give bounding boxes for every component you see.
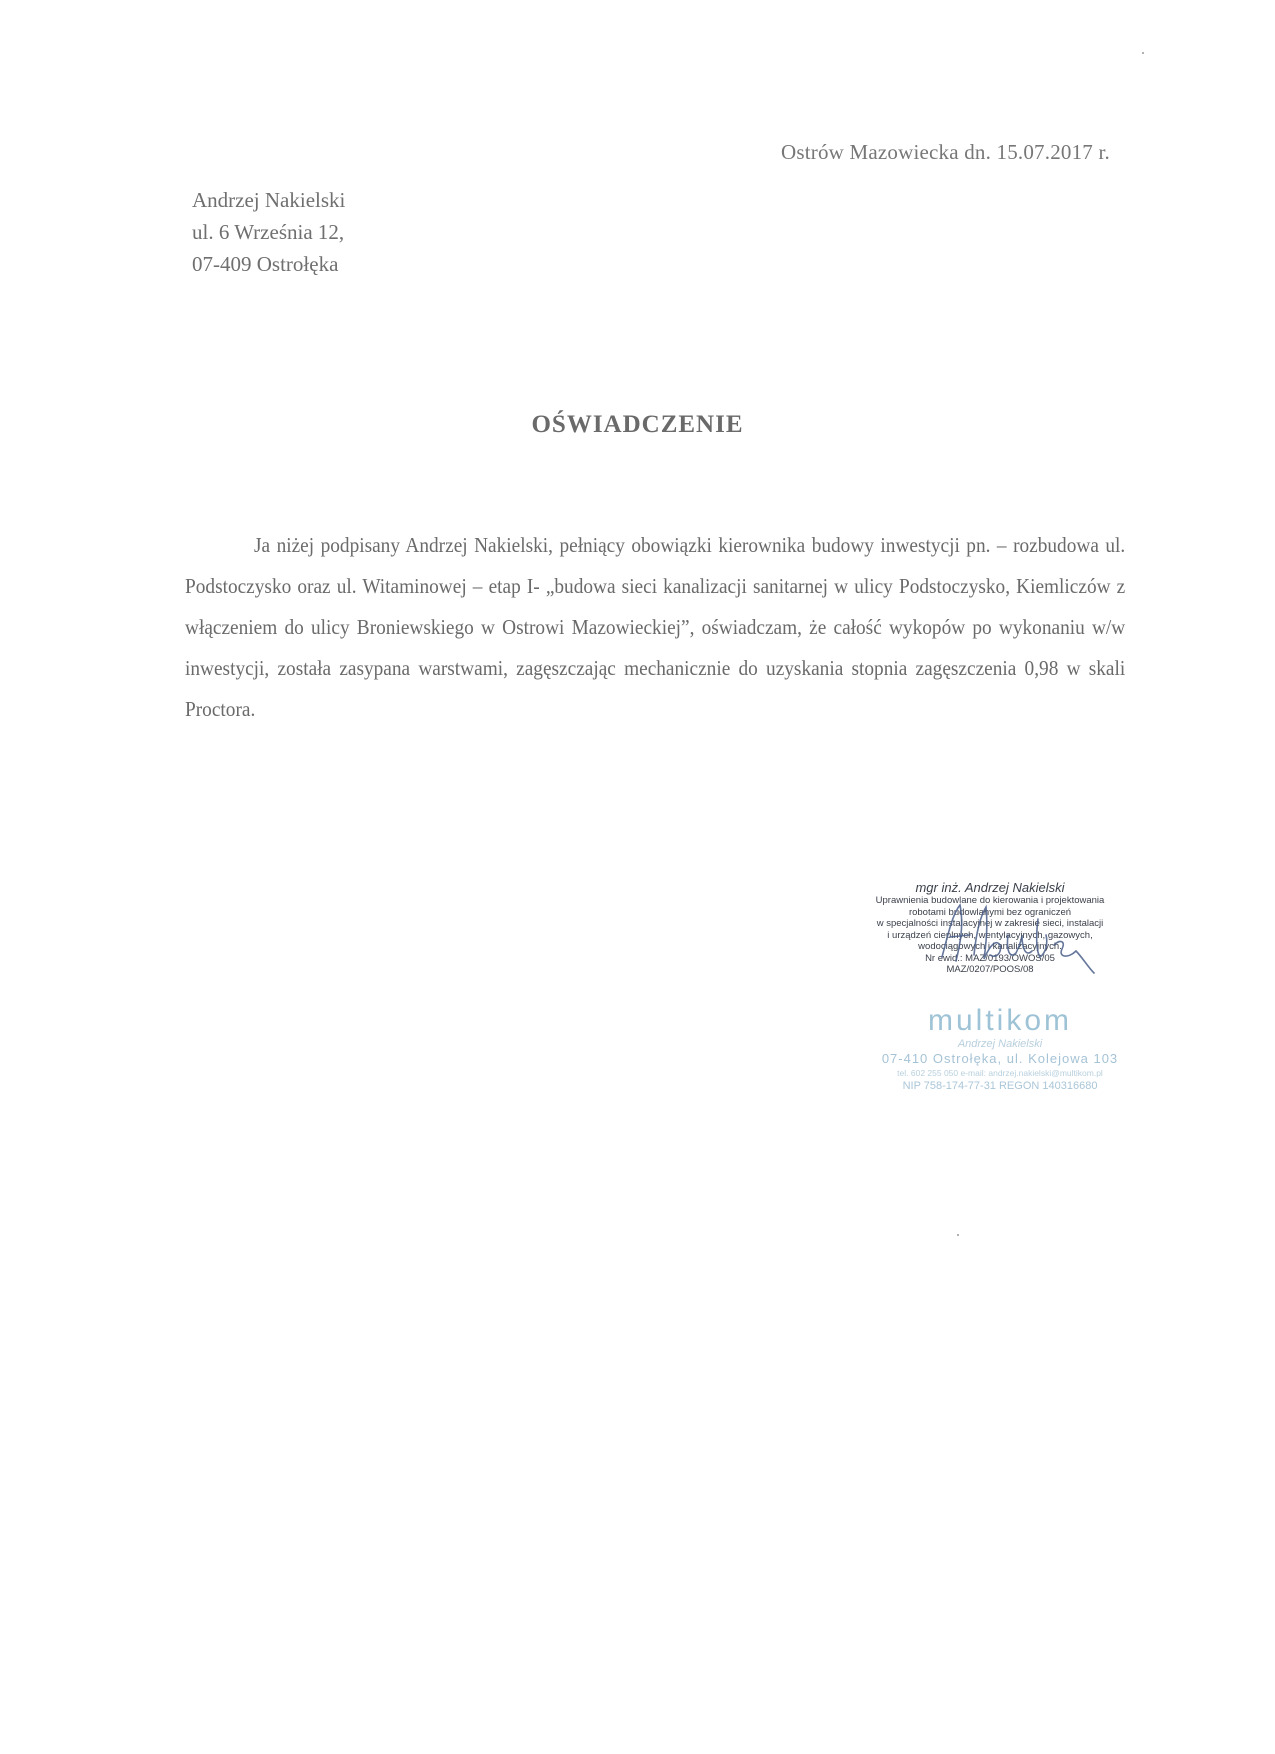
stamp-line: wodociągowych i kanalizacyjnych. [855, 941, 1125, 953]
company-ids: NIP 758-174-77-31 REGON 140316680 [860, 1079, 1140, 1093]
document-page: Ostrów Mazowiecka dn. 15.07.2017 r. Andr… [0, 0, 1275, 1754]
scan-speck [957, 1234, 959, 1236]
stamp-line: robotami budowlanymi bez ograniczeń [855, 907, 1125, 919]
company-logo: multikom [860, 1005, 1140, 1037]
place-and-date: Ostrów Mazowiecka dn. 15.07.2017 r. [781, 140, 1110, 165]
document-title: OŚWIADCZENIE [0, 411, 1275, 439]
stamp-line: Uprawnienia budowlane do kierowania i pr… [855, 895, 1125, 907]
statement-body: Ja niżej podpisany Andrzej Nakielski, pe… [185, 525, 1125, 730]
sender-city: 07-409 Ostrołęka [192, 248, 345, 280]
sender-street: ul. 6 Września 12, [192, 216, 345, 248]
stamp-line: w specjalności instalacyjnej w zakresie … [855, 918, 1125, 930]
stamp-line: Nr ewid.: MAZ/0193/OWOS/05 [855, 953, 1125, 965]
stamp-line: MAZ/0207/POOS/08 [855, 964, 1125, 976]
sender-name: Andrzej Nakielski [192, 184, 345, 216]
company-owner: Andrzej Nakielski [860, 1037, 1140, 1051]
company-contact: tel. 602 255 050 e-mail: andrzej.nakiels… [860, 1067, 1140, 1079]
sender-address-block: Andrzej Nakielski ul. 6 Września 12, 07-… [192, 184, 345, 280]
stamp-line: i urządzeń cieplnych, wentylacyjnych, ga… [855, 930, 1125, 942]
company-address: 07-410 Ostrołęka, ul. Kolejowa 103 [860, 1051, 1140, 1067]
qualification-stamp: mgr inż. Andrzej Nakielski Uprawnienia b… [855, 880, 1125, 976]
scan-speck [1142, 52, 1144, 54]
company-stamp: multikom Andrzej Nakielski 07-410 Ostroł… [860, 1005, 1140, 1093]
stamp-name: mgr inż. Andrzej Nakielski [855, 880, 1125, 895]
